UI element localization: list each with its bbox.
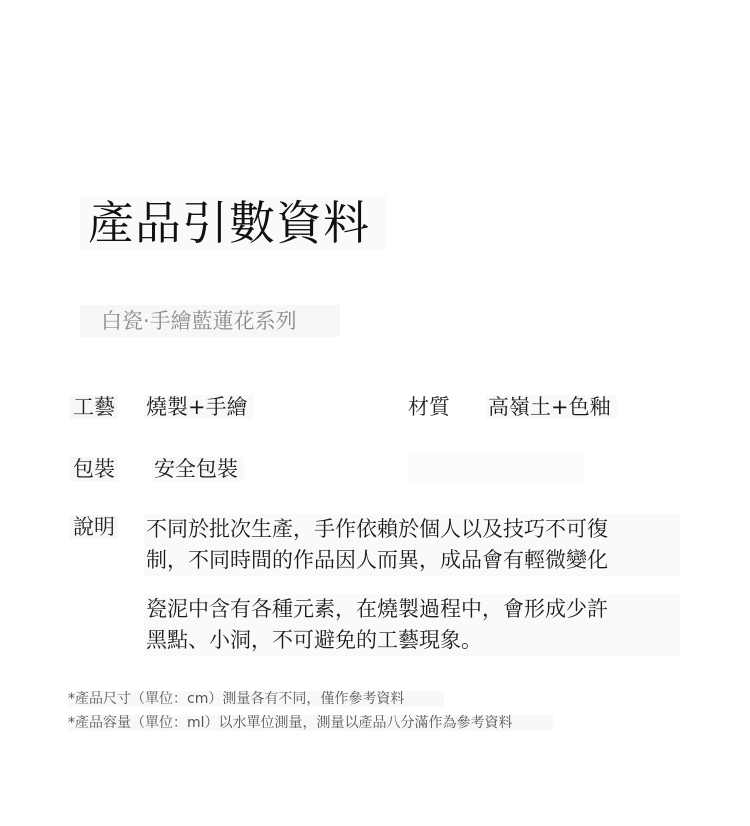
material-value: 高嶺土+色釉 [486, 392, 617, 422]
craft-value: 燒製+手繪 [144, 392, 254, 422]
description-paragraph-2: 瓷泥中含有各種元素，在燒製過程中，會形成少許 黑點、小洞，不可避免的工藝現象。 [144, 594, 680, 656]
packaging-label: 包裝 [70, 454, 118, 484]
footnote-capacity: *產品容量（單位：ml）以水單位測量，測量以產品八分滿作為參考資料 [68, 712, 553, 734]
footnote-capacity-text: *產品容量（單位：ml）以水單位測量，測量以產品八分滿作為參考資料 [68, 715, 553, 731]
packaging-value-text: 安全包裝 [152, 457, 244, 481]
description-label-text: 說明 [70, 515, 118, 539]
footnote-size-text: *產品尺寸（單位：cm）測量各有不同，僅作參考資料 [68, 691, 444, 707]
material-label: 材質 [408, 392, 450, 422]
description-paragraph-1-line-1: 不同於批次生產，手作依賴於個人以及技巧不可復 [146, 514, 680, 545]
craft-label: 工藝 [70, 392, 118, 422]
material-value-text: 高嶺土+色釉 [486, 395, 617, 419]
packaging-value: 安全包裝 [152, 454, 244, 484]
empty-spec-placeholder [408, 452, 584, 484]
material-label-text: 材質 [408, 395, 450, 419]
description-paragraph-2-line-1: 瓷泥中含有各種元素，在燒製過程中，會形成少許 [146, 594, 680, 625]
craft-value-text: 燒製+手繪 [144, 395, 254, 419]
description-paragraph-2-line-2: 黑點、小洞，不可避免的工藝現象。 [146, 625, 680, 656]
description-paragraph-1-line-2: 制，不同時間的作品因人而異，成品會有輕微變化 [146, 545, 680, 576]
product-series-subtitle: 白瓷·手繪藍蓮花系列 [101, 305, 297, 337]
craft-label-text: 工藝 [70, 395, 118, 419]
description-paragraph-1: 不同於批次生產，手作依賴於個人以及技巧不可復 制，不同時間的作品因人而異，成品會… [144, 514, 680, 576]
description-label: 說明 [70, 512, 118, 542]
page-title: 產品引數資料 [88, 196, 370, 250]
packaging-label-text: 包裝 [70, 457, 118, 481]
footnote-size: *產品尺寸（單位：cm）測量各有不同，僅作參考資料 [68, 688, 444, 710]
